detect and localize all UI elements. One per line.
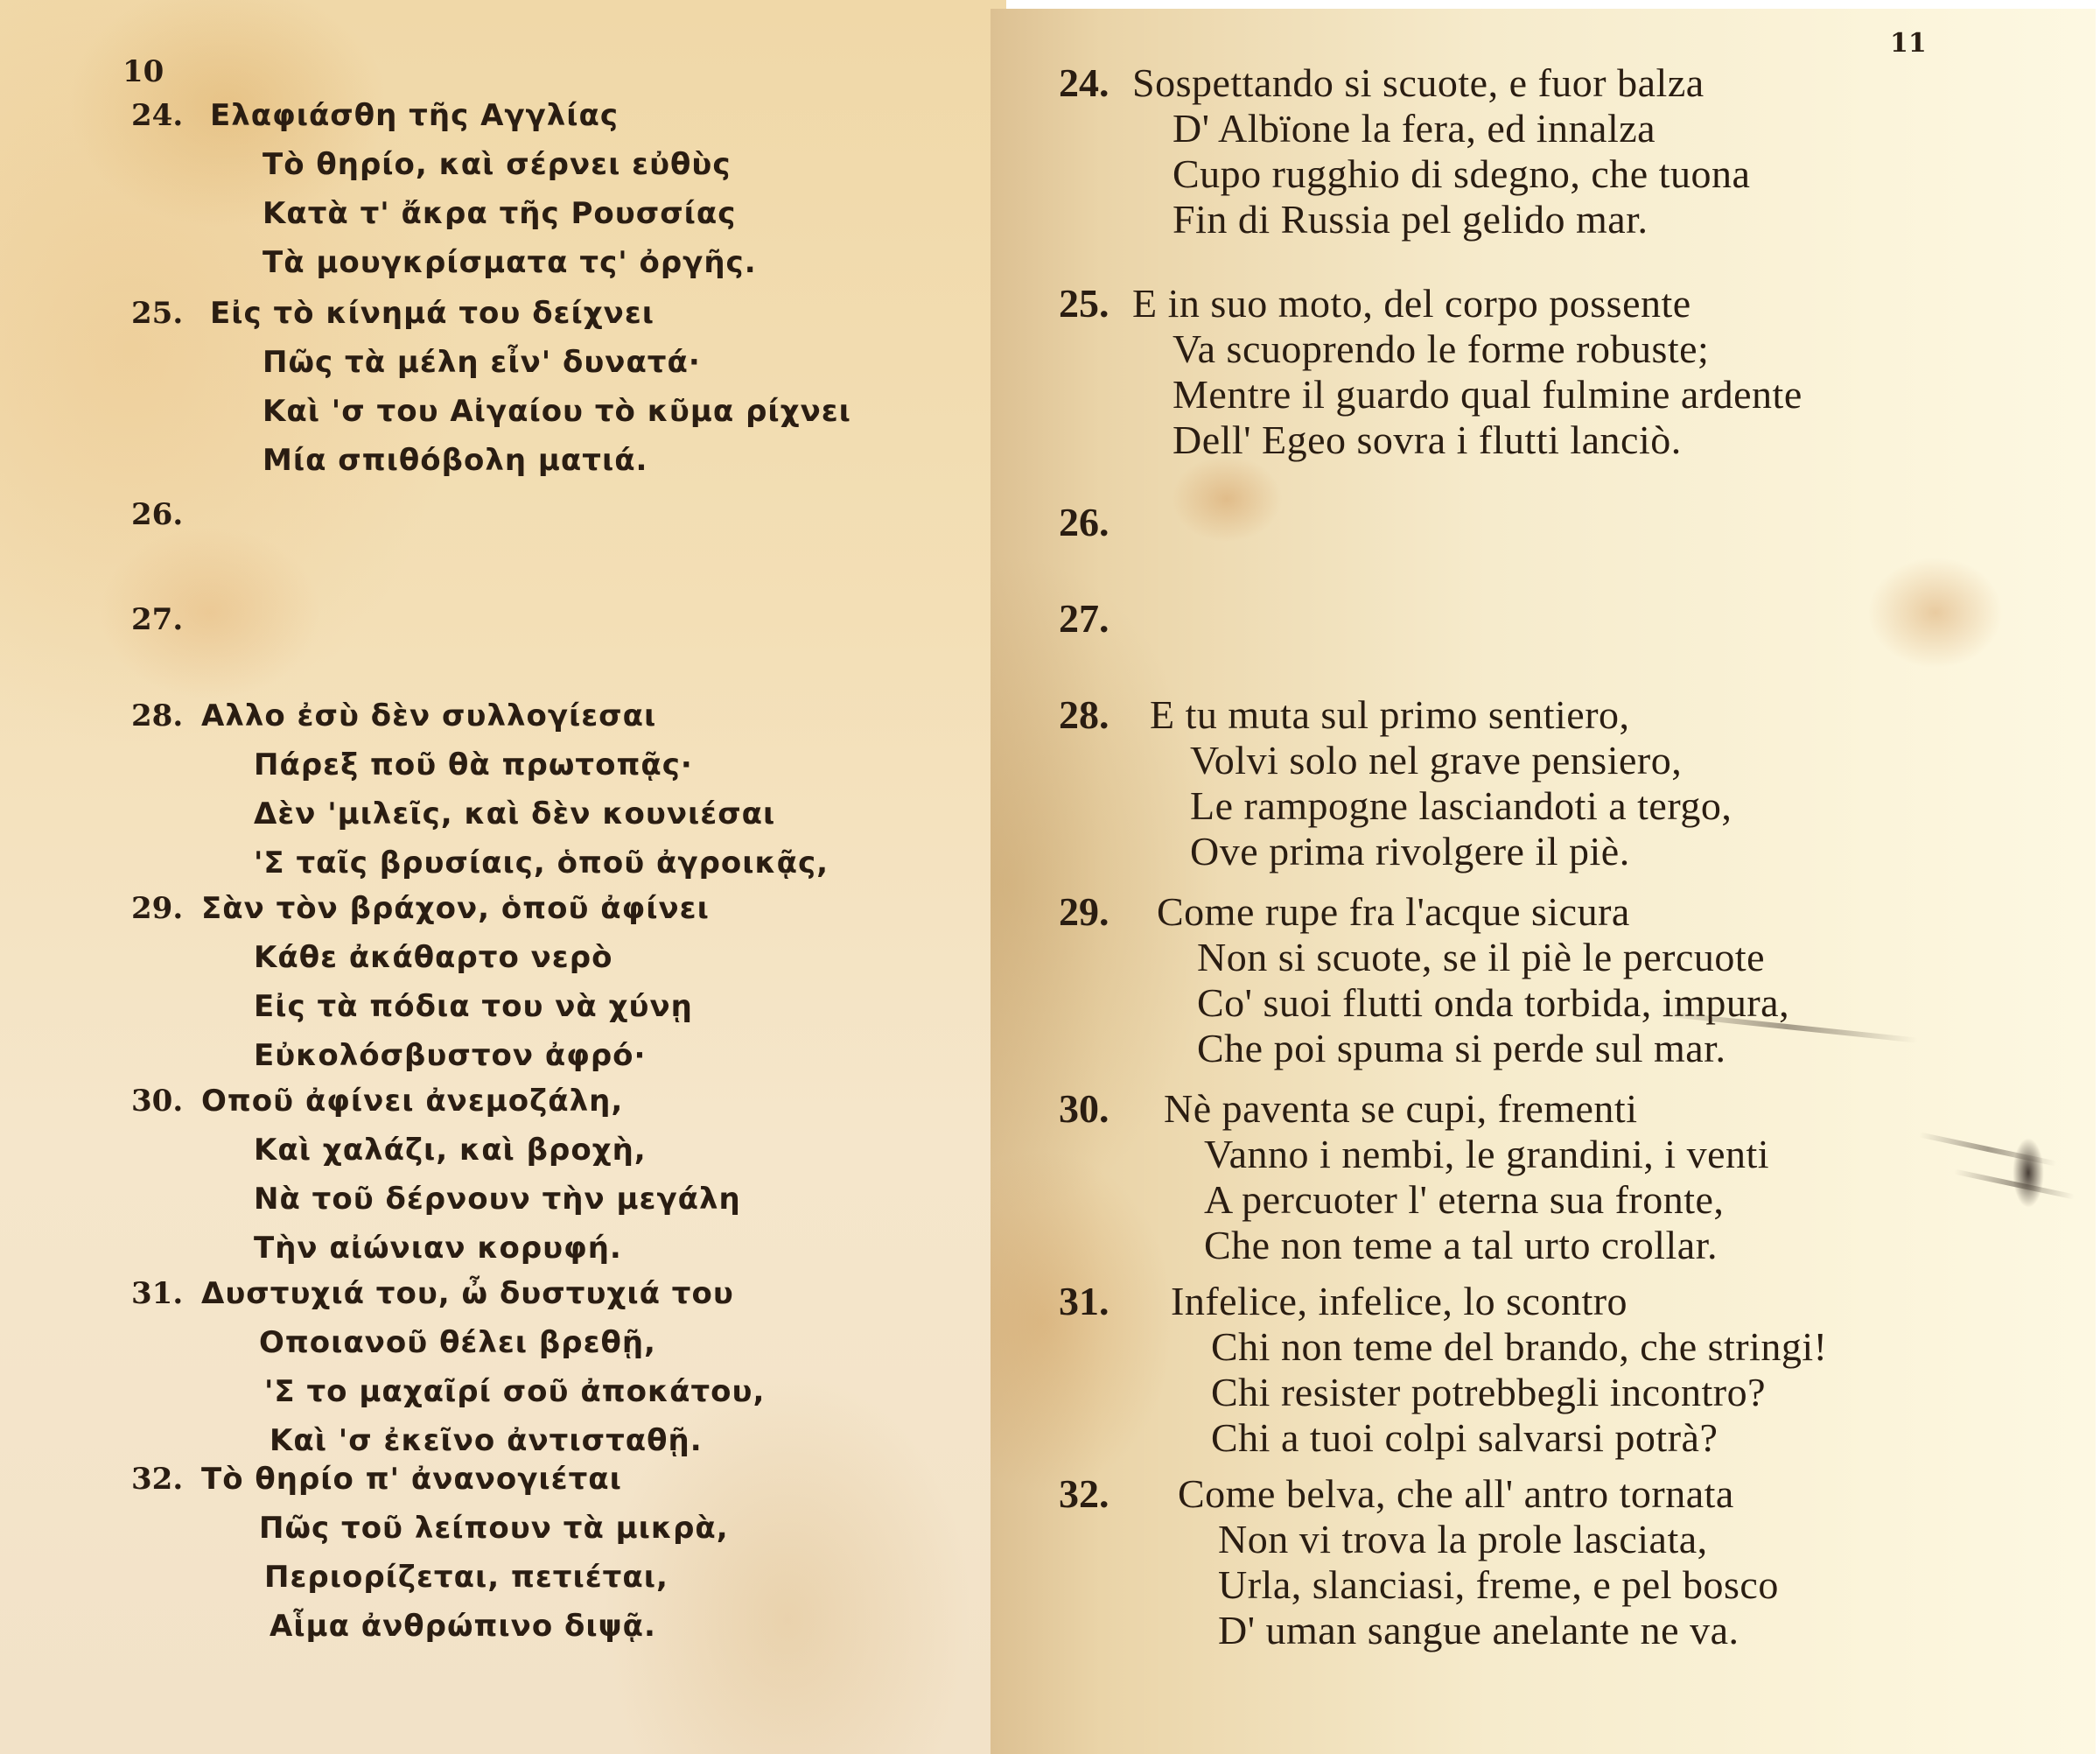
verse-line: Μία σπιθόβολη ματιά. [262, 443, 647, 478]
verse-line: Τὰ μουγκρίσματα τς' ὀργῆς. [262, 245, 757, 280]
stanza-number: 30. [131, 1084, 183, 1119]
verse-line: Urla, slanciasi, freme, e pel bosco [1218, 1561, 1779, 1608]
verse-line: Εἰς τὸ κίνημά του δείχνει [210, 296, 654, 331]
verse-line: Le rampogne lasciandoti a tergo, [1190, 782, 1732, 829]
verse-line: Τὸ θηρίο, καὶ σέρνει εὐθὺς [262, 147, 731, 182]
verse-line: Καὶ 'σ ἐκεῖνο ἀντισταθῇ. [269, 1423, 703, 1458]
stanza-number: 31. [131, 1276, 183, 1311]
page-number-right: 11 [1890, 28, 1927, 59]
verse-line: Sospettando si scuote, e fuor balza [1132, 60, 1704, 106]
verse-line: Πάρεξ ποῦ θὰ πρωτοπᾷς· [254, 747, 693, 782]
verse-line: Va scuoprendo le forme robuste; [1172, 326, 1709, 372]
verse-line: Εἰς τὰ πόδια του νὰ χύνῃ [254, 989, 693, 1024]
stanza-number: 28. [131, 698, 183, 733]
verse-line: E tu muta sul primo sentiero, [1150, 691, 1630, 738]
verse-line: Οποῦ ἀφίνει ἀνεμοζάλη, [201, 1084, 623, 1119]
stanza-number: 27. [1059, 595, 1109, 642]
ink-smudge [2012, 1138, 2044, 1208]
stanza-number: 31. [1059, 1278, 1109, 1324]
verse-line: Come rupe fra l'acque sicura [1157, 888, 1630, 935]
stanza-number: 32. [131, 1462, 183, 1497]
verse-line: Εὐκολόσβυστον ἀφρό· [254, 1038, 646, 1073]
verse-line: Chi a tuoi colpi salvarsi potrà? [1211, 1414, 1718, 1461]
verse-line: Vanno i nembi, le grandini, i venti [1204, 1131, 1769, 1177]
stanza-number: 25. [131, 296, 183, 331]
verse-line: Οποιανοῦ θέλει βρεθῇ, [259, 1325, 656, 1360]
page-number-left: 10 [122, 54, 164, 89]
ink-streak [1954, 1169, 2075, 1200]
stanza-number: 29. [131, 891, 183, 926]
stanza-number: 32. [1059, 1470, 1109, 1517]
verse-line: Νὰ τοῦ δέρνουν τὴν μεγάλη [254, 1182, 741, 1217]
verse-line: 'Σ το μαχαῖρί σοῦ ἀποκάτου, [264, 1374, 765, 1409]
verse-line: Σὰν τὸν βράχον, ὁποῦ ἀφίνει [201, 891, 710, 926]
verse-line: Cupo rugghio di sdegno, che tuona [1172, 151, 1750, 197]
verse-line: 'Σ ταῖς βρυσίαις, ὁποῦ ἀγροικᾷς, [254, 845, 829, 881]
verse-line: Πῶς τοῦ λείπουν τὰ μικρὰ, [259, 1511, 729, 1546]
stanza-number: 26. [131, 497, 183, 532]
verse-line: Volvi solo nel grave pensiero, [1190, 737, 1682, 783]
verse-line: Che poi spuma si perde sul mar. [1197, 1025, 1725, 1071]
stanza-number: 24. [131, 98, 183, 133]
verse-line: Non vi trova la prole lasciata, [1218, 1516, 1708, 1562]
verse-line: Ove prima rivolgere il piè. [1190, 828, 1630, 874]
stanza-number: 28. [1059, 691, 1109, 738]
verse-line: D' uman sangue anelante ne va. [1218, 1607, 1739, 1653]
verse-line: Non si scuote, se il piè le percuote [1197, 934, 1765, 980]
verse-line: Περιορίζεται, πετιέται, [264, 1560, 668, 1595]
verse-line: Πῶς τὰ μέλη εἶν' δυνατά· [262, 345, 701, 380]
verse-line: Chi resister potrebbegli incontro? [1211, 1369, 1766, 1415]
verse-line: Καὶ 'σ του Αἰγαίου τὸ κῦμα ρίχνει [262, 394, 851, 429]
verse-line: Mentre il guardo qual fulmine ardente [1172, 371, 1802, 417]
right-page-italian: 11 24.Sospettando si scuote, e fuor balz… [990, 9, 2096, 1754]
verse-line: Αἷμα ἀνθρώπινο διψᾷ. [269, 1609, 656, 1644]
verse-line: Ελαφιάσθη τῆς Αγγλίας [210, 98, 619, 133]
verse-line: Che non teme a tal urto crollar. [1204, 1222, 1718, 1268]
verse-line: Κάθε ἀκάθαρτο νερὸ [254, 940, 612, 975]
verse-line: Δὲν 'μιλεῖς, καὶ δὲν κουνιέσαι [254, 796, 775, 831]
stanza-number: 24. [1059, 60, 1109, 106]
verse-line: Chi non teme del brando, che stringi! [1211, 1323, 1828, 1370]
verse-line: A percuoter l' eterna sua fronte, [1204, 1176, 1724, 1223]
verse-line: Infelice, infelice, lo scontro [1171, 1278, 1627, 1324]
ink-streak [1919, 1132, 2057, 1166]
verse-line: Nè paventa se cupi, frementi [1164, 1085, 1638, 1132]
verse-line: Τὸ θηρίο π' ἀνανογιέται [201, 1462, 622, 1497]
verse-line: Τὴν αἰώνιαν κορυφή. [254, 1231, 622, 1266]
verse-line: D' Albïone la fera, ed innalza [1172, 105, 1655, 151]
verse-line: Come belva, che all' antro tornata [1178, 1470, 1734, 1517]
verse-line: Κατὰ τ' ἄκρα τῆς Ρουσσίας [262, 196, 736, 231]
left-page-greek: 10 24.Ελαφιάσθη τῆς ΑγγλίαςΤὸ θηρίο, καὶ… [0, 0, 1006, 1754]
stanza-number: 27. [131, 602, 183, 637]
verse-line: Αλλο ἐσὺ δὲν συλλογίεσαι [201, 698, 656, 733]
stanza-number: 25. [1059, 280, 1109, 326]
verse-line: Καὶ χαλάζι, καὶ βροχὴ, [254, 1133, 647, 1168]
stanza-number: 26. [1059, 499, 1109, 545]
stanza-number: 29. [1059, 888, 1109, 935]
verse-line: Fin di Russia pel gelido mar. [1172, 196, 1648, 242]
stanza-number: 30. [1059, 1085, 1109, 1132]
verse-line: Δυστυχιά του, ὦ δυστυχιά του [201, 1276, 734, 1311]
verse-line: Dell' Egeo sovra i flutti lanciò. [1172, 417, 1682, 463]
verse-line: E in suo moto, del corpo possente [1132, 280, 1691, 326]
